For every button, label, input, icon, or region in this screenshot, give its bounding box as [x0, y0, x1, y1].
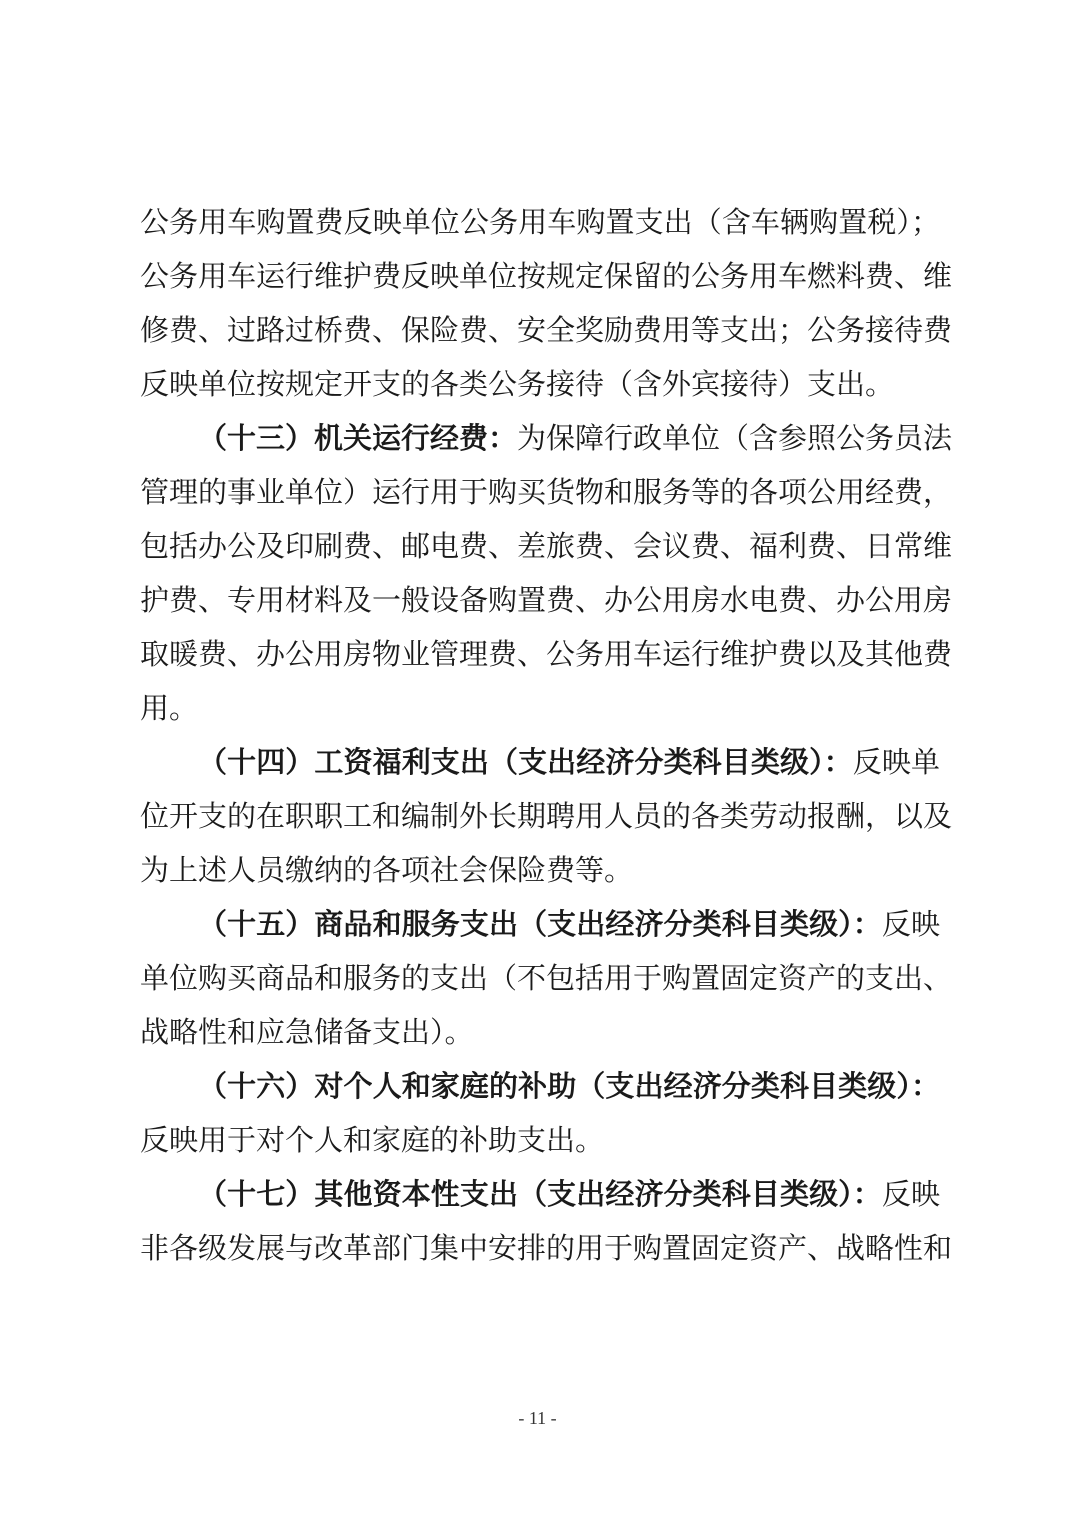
- paragraph-line: 修费、过路过桥费、保险费、安全奖励费用等支出；公务接待费: [140, 310, 940, 350]
- paragraph-line: 管理的事业单位）运行用于购买货物和服务等的各项公用经费，: [140, 472, 940, 512]
- paragraph-line: 取暖费、办公用房物业管理费、公务用车运行维护费以及其他费: [140, 634, 940, 674]
- section-13-heading-line: （十三）机关运行经费：为保障行政单位（含参照公务员法: [198, 418, 940, 458]
- line-text: 公务用车运行维护费反映单位按规定保留的公务用车燃料费、维: [140, 259, 952, 293]
- section-heading: （十七）其他资本性支出（支出经济分类科目类级）：: [198, 1177, 882, 1211]
- paragraph-line: 包括办公及印刷费、邮电费、差旅费、会议费、福利费、日常维: [140, 526, 940, 566]
- line-text: 修费、过路过桥费、保险费、安全奖励费用等支出；公务接待费: [140, 313, 952, 347]
- line-text: 反映: [882, 1177, 940, 1211]
- line-text: 为保障行政单位（含参照公务员法: [517, 421, 952, 455]
- paragraph-line: 反映用于对个人和家庭的补助支出。: [140, 1120, 940, 1160]
- line-text: 取暖费、办公用房物业管理费、公务用车运行维护费以及其他费: [140, 637, 952, 671]
- paragraph-line: 单位购买商品和服务的支出（不包括用于购置固定资产的支出、: [140, 958, 940, 998]
- section-17-heading-line: （十七）其他资本性支出（支出经济分类科目类级）：反映: [198, 1174, 940, 1214]
- section-heading: （十六）对个人和家庭的补助（支出经济分类科目类级）：: [198, 1069, 940, 1103]
- paragraph-line: 公务用车运行维护费反映单位按规定保留的公务用车燃料费、维: [140, 256, 940, 296]
- paragraph-line: 反映单位按规定开支的各类公务接待（含外宾接待）支出。: [140, 364, 940, 404]
- line-text: 反映单位按规定开支的各类公务接待（含外宾接待）支出。: [140, 367, 894, 401]
- page-number: - 11 -: [0, 1408, 1075, 1429]
- line-text: 非各级发展与改革部门集中安排的用于购置固定资产、战略性和: [140, 1231, 952, 1265]
- section-15-heading-line: （十五）商品和服务支出（支出经济分类科目类级）：反映: [198, 904, 940, 944]
- line-text: 用。: [140, 691, 198, 725]
- line-text: 反映用于对个人和家庭的补助支出。: [140, 1123, 604, 1157]
- line-text: 为上述人员缴纳的各项社会保险费等。: [140, 853, 633, 887]
- line-text: 反映单: [853, 745, 940, 779]
- paragraph-line: 用。: [140, 688, 940, 728]
- line-text: 反映: [882, 907, 940, 941]
- paragraph-line: 位开支的在职职工和编制外长期聘用人员的各类劳动报酬，以及: [140, 796, 940, 836]
- line-text: 战略性和应急储备支出）。: [140, 1015, 474, 1049]
- paragraph-line: 护费、专用材料及一般设备购置费、办公用房水电费、办公用房: [140, 580, 940, 620]
- paragraph-line: 非各级发展与改革部门集中安排的用于购置固定资产、战略性和: [140, 1228, 940, 1268]
- section-heading: （十四）工资福利支出（支出经济分类科目类级）：: [198, 745, 853, 779]
- line-text: 包括办公及印刷费、邮电费、差旅费、会议费、福利费、日常维: [140, 529, 952, 563]
- paragraph-line: 为上述人员缴纳的各项社会保险费等。: [140, 850, 940, 890]
- line-text: 位开支的在职职工和编制外长期聘用人员的各类劳动报酬，以及: [140, 799, 952, 833]
- section-heading: （十五）商品和服务支出（支出经济分类科目类级）：: [198, 907, 882, 941]
- paragraph-line: 战略性和应急储备支出）。: [140, 1012, 940, 1052]
- section-14-heading-line: （十四）工资福利支出（支出经济分类科目类级）：反映单: [198, 742, 940, 782]
- document-page: 公务用车购置费反映单位公务用车购置支出（含车辆购置税）； 公务用车运行维护费反映…: [0, 0, 1075, 1520]
- line-text: 管理的事业单位）运行用于购买货物和服务等的各项公用经费，: [140, 475, 952, 509]
- line-text: 公务用车购置费反映单位公务用车购置支出（含车辆购置税）；: [140, 205, 940, 239]
- line-text: 单位购买商品和服务的支出（不包括用于购置固定资产的支出、: [140, 961, 952, 995]
- line-text: 护费、专用材料及一般设备购置费、办公用房水电费、办公用房: [140, 583, 952, 617]
- paragraph-line: 公务用车购置费反映单位公务用车购置支出（含车辆购置税）；: [140, 202, 940, 242]
- section-16-heading-line: （十六）对个人和家庭的补助（支出经济分类科目类级）：: [198, 1066, 940, 1106]
- section-heading: （十三）机关运行经费：: [198, 421, 517, 455]
